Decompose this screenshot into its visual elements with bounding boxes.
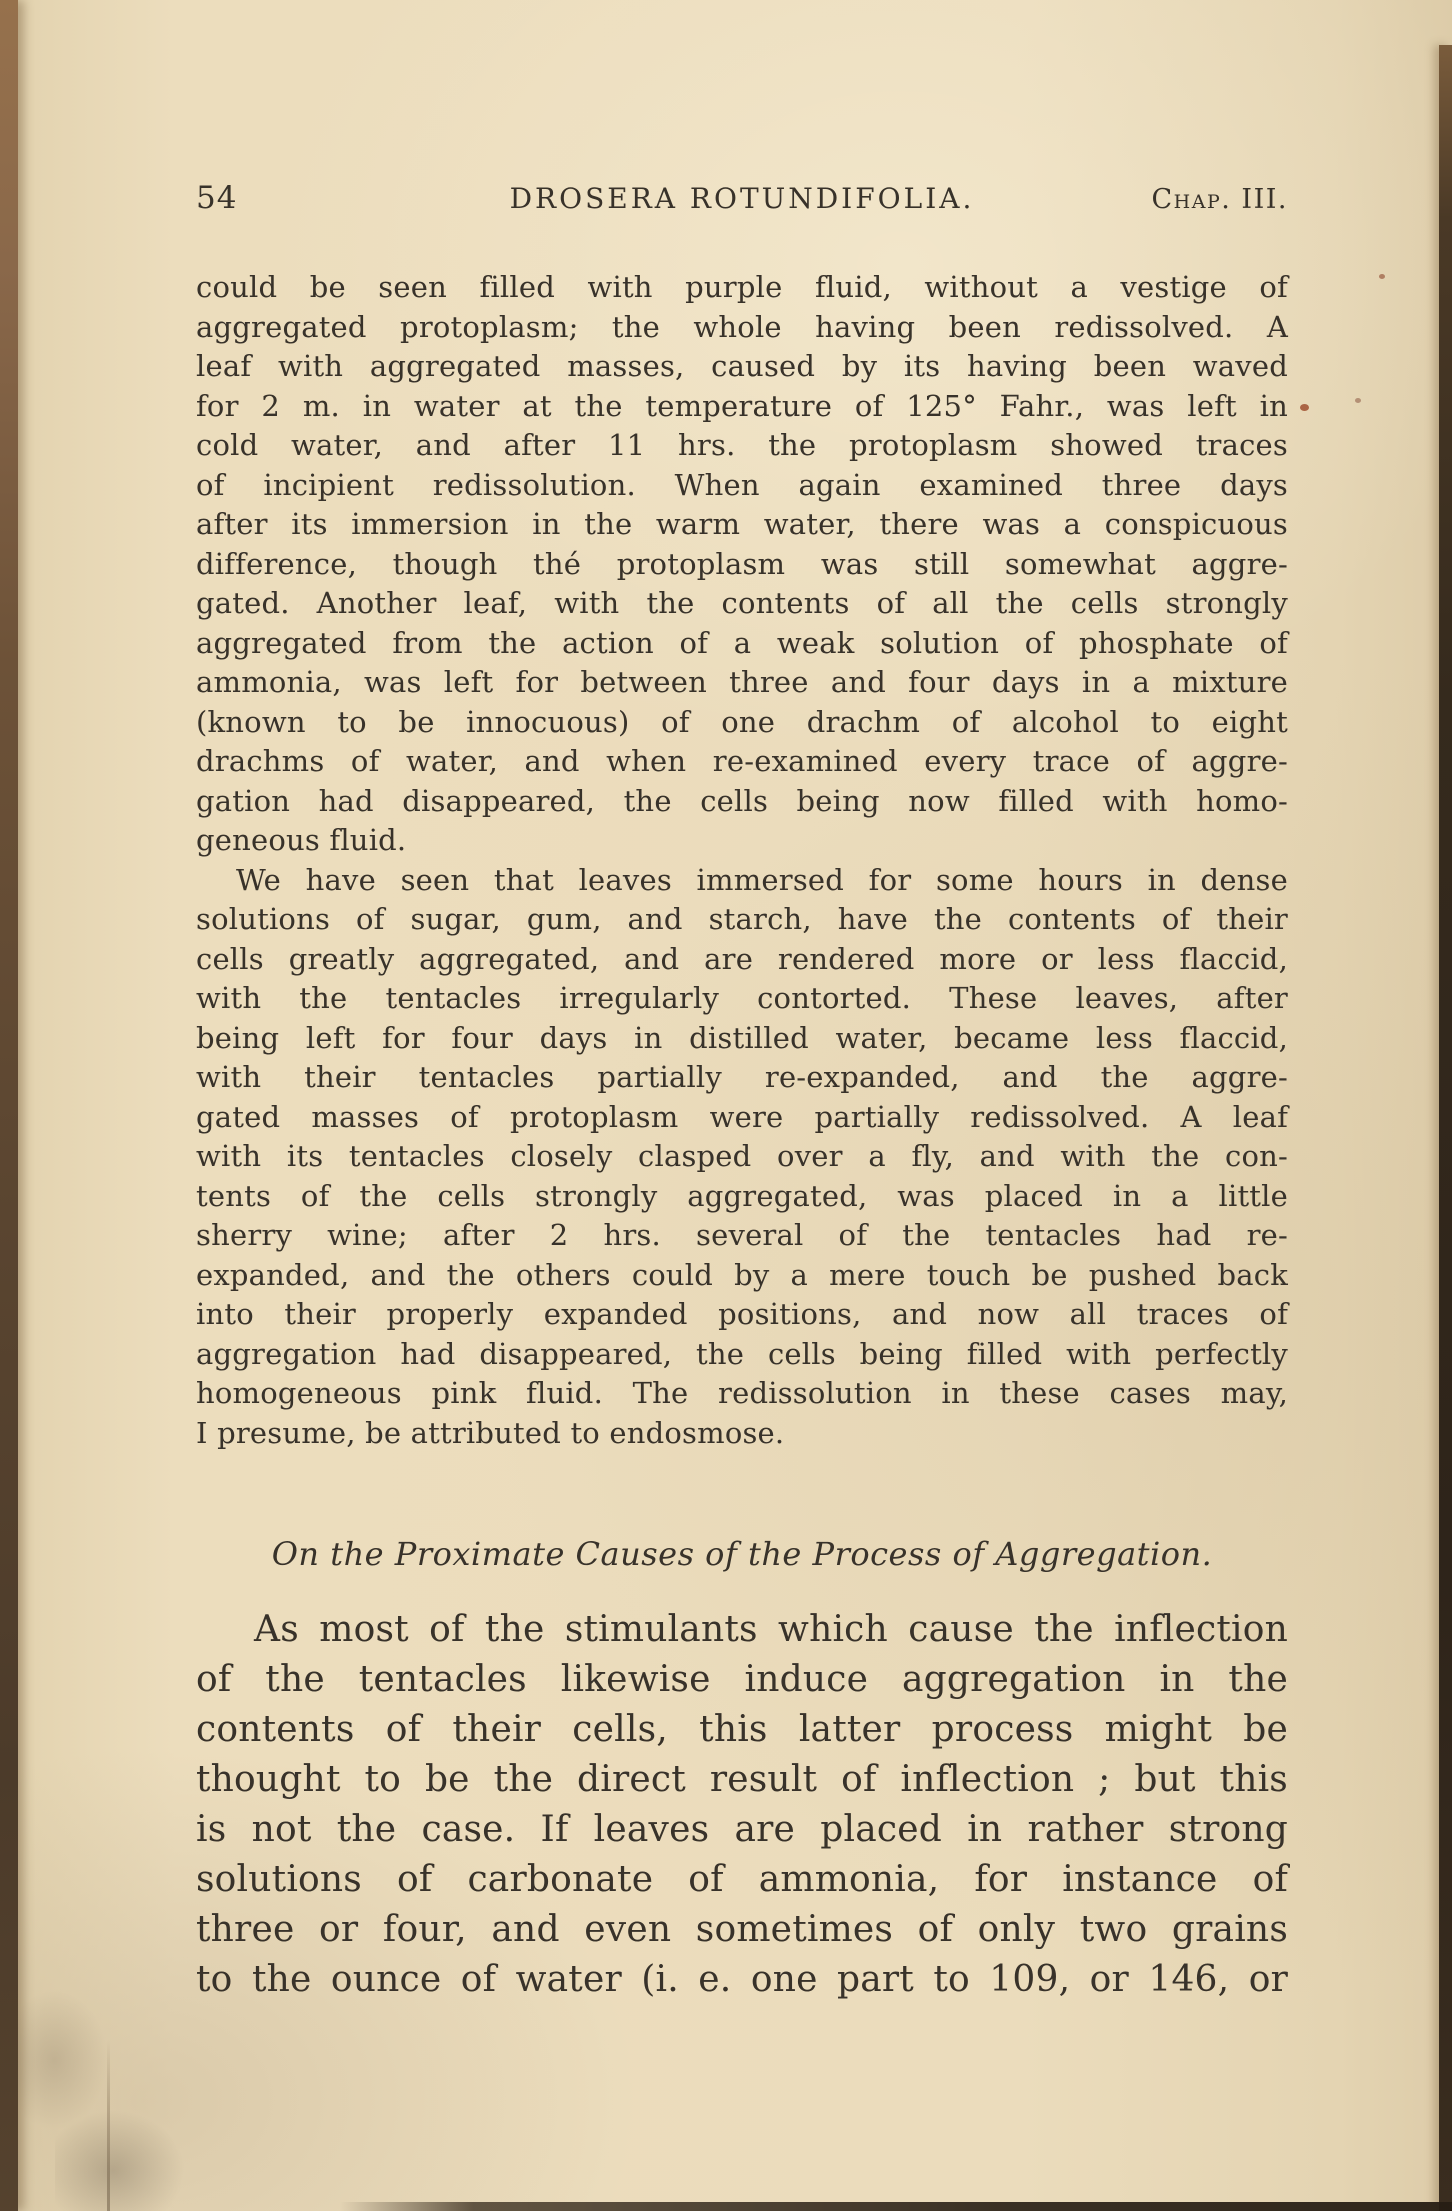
text-line: thought to be the direct result of infle… xyxy=(196,1755,1288,1805)
chapter-label: Chap. III. xyxy=(1152,184,1288,215)
text-line: difference, though thé protoplasm was st… xyxy=(196,545,1288,585)
text-line: gation had disappeared, the cells being … xyxy=(196,782,1288,822)
text-line: As most of the stimulants which cause th… xyxy=(196,1605,1288,1655)
text-line: three or four, and even sometimes of onl… xyxy=(196,1905,1288,1955)
page-number: 54 xyxy=(196,180,237,216)
ink-speck xyxy=(1355,398,1361,403)
text-line: sherry wine; after 2 hrs. several of the… xyxy=(196,1216,1288,1256)
ink-speck xyxy=(1300,404,1309,411)
text-line: of the tentacles likewise induce aggrega… xyxy=(196,1655,1288,1705)
text-line: expanded, and the others could by a mere… xyxy=(196,1256,1288,1296)
scanned-book-page: 54 DROSERA ROTUNDIFOLIA. Chap. III. coul… xyxy=(0,0,1452,2211)
text-line: cells greatly aggregated, and are render… xyxy=(196,940,1288,980)
text-line: gated masses of protoplasm were partiall… xyxy=(196,1098,1288,1138)
text-line: drachms of water, and when re-examined e… xyxy=(196,742,1288,782)
text-line: with its tentacles closely clasped over … xyxy=(196,1137,1288,1177)
text-line: could be seen filled with purple fluid, … xyxy=(196,268,1288,308)
running-title: DROSERA ROTUNDIFOLIA. xyxy=(510,182,975,215)
ink-speck xyxy=(1379,274,1385,279)
text-line: homogeneous pink fluid. The redissolutio… xyxy=(196,1374,1288,1414)
text-line: for 2 m. in water at the temperature of … xyxy=(196,387,1288,427)
text-line: to the ounce of water (i. e. one part to… xyxy=(196,1955,1288,2005)
text-line: after its immersion in the warm water, t… xyxy=(196,505,1288,545)
running-header: 54 DROSERA ROTUNDIFOLIA. Chap. III. xyxy=(196,180,1288,222)
text-line: solutions of sugar, gum, and starch, hav… xyxy=(196,900,1288,940)
text-line: being left for four days in distilled wa… xyxy=(196,1019,1288,1059)
text-line: aggregated from the action of a weak sol… xyxy=(196,624,1288,664)
text-line: with their tentacles partially re-expand… xyxy=(196,1058,1288,1098)
text-line: solutions of carbonate of ammonia, for i… xyxy=(196,1855,1288,1905)
page-edge-right xyxy=(1439,45,1452,2211)
text-line: cold water, and after 11 hrs. the protop… xyxy=(196,426,1288,466)
text-line: contents of their cells, this latter pro… xyxy=(196,1705,1288,1755)
page-edge-left xyxy=(0,0,18,2211)
text-line: tents of the cells strongly aggregated, … xyxy=(196,1177,1288,1217)
paragraph-proximate-causes: As most of the stimulants which cause th… xyxy=(196,1605,1288,2005)
text-line: of incipient redissolution. When again e… xyxy=(196,466,1288,506)
text-line: leaf with aggregated masses, caused by i… xyxy=(196,347,1288,387)
text-line: (known to be innocuous) of one drachm of… xyxy=(196,703,1288,743)
text-block: 54 DROSERA ROTUNDIFOLIA. Chap. III. coul… xyxy=(196,180,1288,2005)
text-line: with the tentacles irregularly contorted… xyxy=(196,979,1288,1019)
text-line: I presume, be attributed to endosmose. xyxy=(196,1414,1288,1454)
text-line: aggregated protoplasm; the whole having … xyxy=(196,308,1288,348)
paragraph-dense-solutions: We have seen that leaves immersed for so… xyxy=(196,861,1288,1454)
text-line: is not the case. If leaves are placed in… xyxy=(196,1805,1288,1855)
text-line: aggregation had disappeared, the cells b… xyxy=(196,1335,1288,1375)
text-line: into their properly expanded positions, … xyxy=(196,1295,1288,1335)
text-line: We have seen that leaves immersed for so… xyxy=(196,861,1288,901)
text-line: gated. Another leaf, with the contents o… xyxy=(196,584,1288,624)
paragraph-aggregation-redissolved: could be seen filled with purple fluid, … xyxy=(196,268,1288,861)
paper-crease xyxy=(107,2040,110,2211)
text-line: geneous fluid. xyxy=(196,821,1288,861)
paper-smudge xyxy=(18,1990,108,2130)
text-line: ammonia, was left for between three and … xyxy=(196,663,1288,703)
page-edge-bottom-shadow xyxy=(340,2202,1452,2211)
section-heading: On the Proximate Causes of the Process o… xyxy=(196,1535,1288,1573)
